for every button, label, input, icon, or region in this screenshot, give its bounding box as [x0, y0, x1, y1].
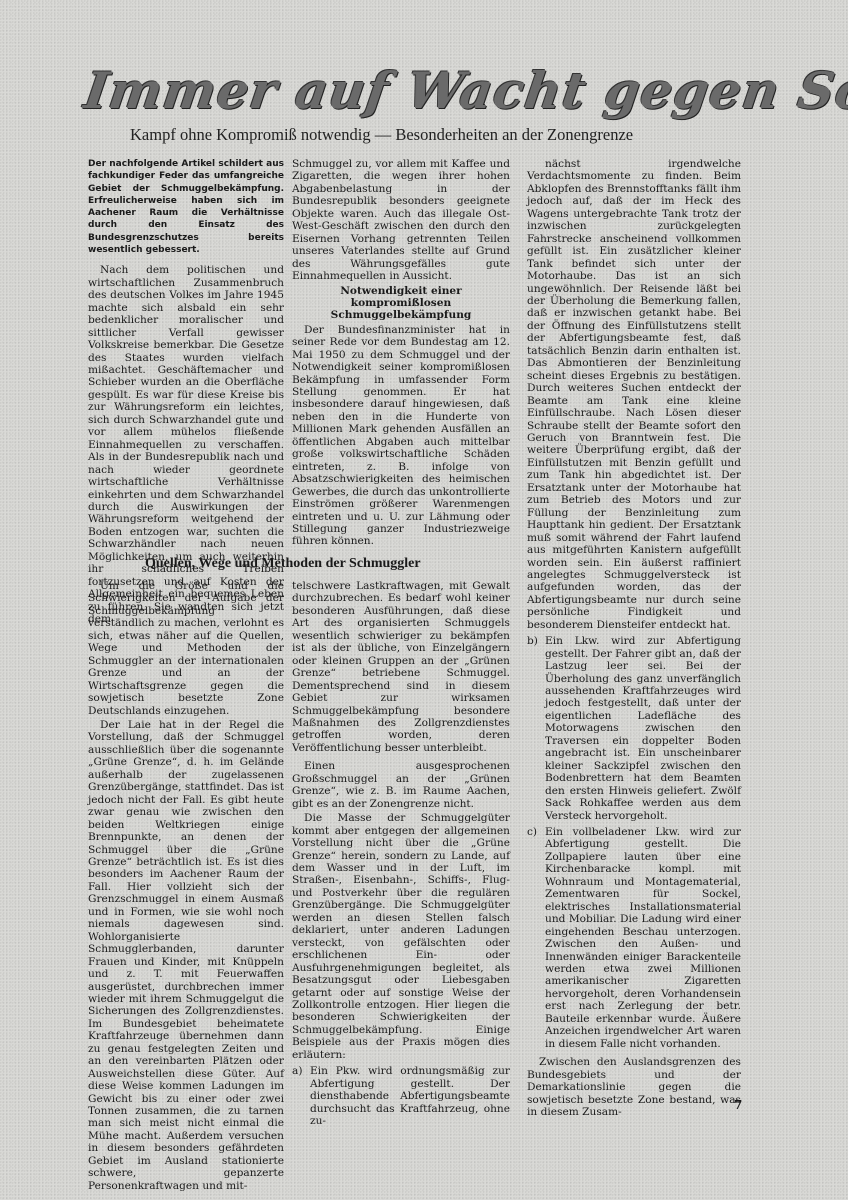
- list-label: b): [527, 635, 545, 822]
- paragraph: Der Bundesfinanzminister hat in seiner R…: [292, 324, 510, 548]
- paragraph: Um die Größe und die Schwierigkeiten der…: [88, 580, 284, 717]
- list-item-a: a) Ein Pkw. wird ordnungsmäßig zur Abfer…: [292, 1065, 510, 1127]
- paragraph: Schmuggel zu, vor allem mit Kaffee und Z…: [292, 158, 510, 283]
- column-2-top: Schmuggel zu, vor allem mit Kaffee und Z…: [292, 158, 510, 548]
- paragraph: nächst irgendwelche Verdachtsmomente zu …: [527, 158, 741, 631]
- column-1-bottom: Um die Größe und die Schwierigkeiten der…: [88, 580, 284, 1192]
- newspaper-page: Immer auf Wacht gegen Schmuggel Kampf oh…: [0, 0, 848, 1200]
- list-label: a): [292, 1065, 310, 1127]
- subheading: Notwendigkeit einer kompromißlosen Schmu…: [292, 285, 510, 322]
- section-heading: Quellen, Wege und Methoden der Schmuggle…: [145, 556, 465, 572]
- paragraph: Die Masse der Schmuggelgüter kommt aber …: [292, 812, 510, 1061]
- list-label: c): [527, 826, 545, 1050]
- column-3: nächst irgendwelche Verdachtsmomente zu …: [527, 158, 741, 1118]
- paragraph: Der Laie hat in der Regel die Vorstellun…: [88, 719, 284, 1192]
- column-2-bottom: telschwere Lastkraftwagen, mit Gewalt du…: [292, 580, 510, 1127]
- headline: Immer auf Wacht gegen Schmuggel: [81, 62, 739, 120]
- list-item-b: b) Ein Lkw. wird zur Abfertigung gestell…: [527, 635, 741, 822]
- paragraph: Zwischen den Auslandsgrenzen des Bundesg…: [527, 1056, 741, 1118]
- list-item-c: c) Ein vollbeladener Lkw. wird zur Abfer…: [527, 826, 741, 1050]
- page-number: 7: [734, 1098, 742, 1112]
- list-text: Ein vollbeladener Lkw. wird zur Abfertig…: [545, 826, 741, 1050]
- paragraph: Einen ausgesprochenen Großschmuggel an d…: [292, 760, 510, 810]
- intro-paragraph: Der nachfolgende Artikel schildert aus f…: [88, 158, 284, 256]
- paragraph: telschwere Lastkraftwagen, mit Gewalt du…: [292, 580, 510, 754]
- list-text: Ein Pkw. wird ordnungsmäßig zur Abfertig…: [310, 1065, 510, 1127]
- subtitle: Kampf ohne Kompromiß notwendig — Besonde…: [130, 125, 730, 145]
- list-text: Ein Lkw. wird zur Abfertigung gestellt. …: [545, 635, 741, 822]
